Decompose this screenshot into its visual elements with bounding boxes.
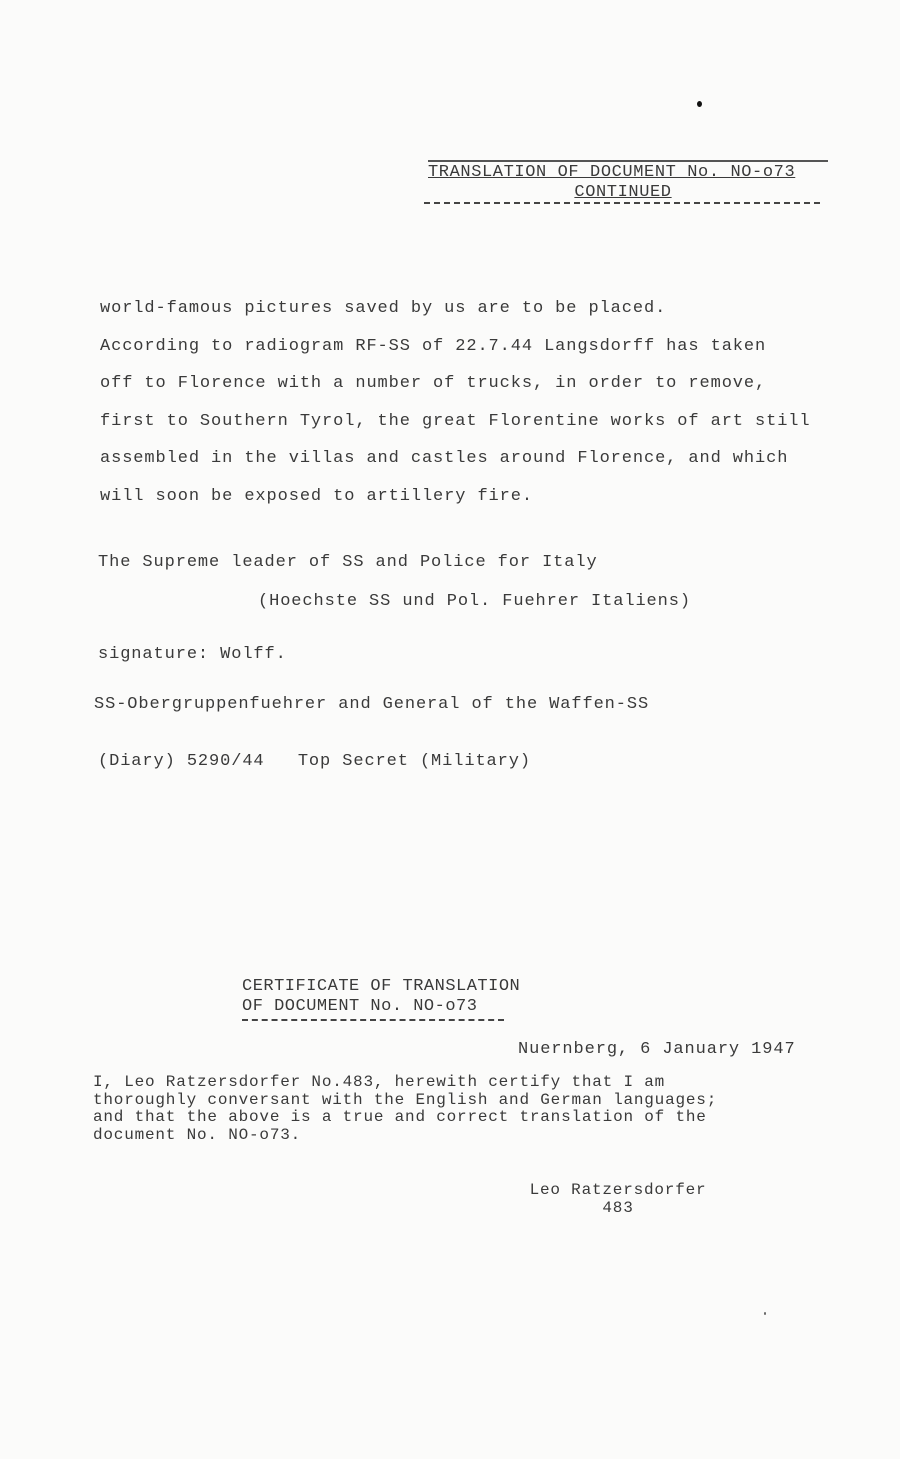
signatory-title-german: (Hoechste SS und Pol. Fuehrer Italiens)	[258, 592, 691, 611]
certificate-underline	[242, 1019, 504, 1021]
certificate-text: I, Leo Ratzersdorfer No.483, herewith ce…	[93, 1074, 793, 1144]
signatory-title: The Supreme leader of SS and Police for …	[98, 553, 598, 572]
certificate-title-line1: CERTIFICATE OF TRANSLATION	[242, 977, 520, 997]
certificate-line: I, Leo Ratzersdorfer No.483, herewith ce…	[93, 1074, 793, 1092]
certificate-title: CERTIFICATE OF TRANSLATION OF DOCUMENT N…	[242, 977, 520, 1017]
ink-speck	[697, 101, 702, 107]
ink-speck	[764, 1312, 766, 1315]
certificate-title-line2: OF DOCUMENT No. NO-o73	[242, 997, 520, 1017]
certificate-line: thoroughly conversant with the English a…	[93, 1092, 793, 1110]
header-title: TRANSLATION OF DOCUMENT No. NO-o73	[428, 160, 828, 183]
body-line: world-famous pictures saved by us are to…	[100, 298, 860, 336]
body-line: According to radiogram RF-SS of 22.7.44 …	[100, 336, 860, 374]
rank-line: SS-Obergruppenfuehrer and General of the…	[94, 695, 649, 714]
document-header: TRANSLATION OF DOCUMENT No. NO-o73 CONTI…	[428, 160, 828, 203]
header-continued: CONTINUED	[418, 183, 828, 203]
body-line: off to Florence with a number of trucks,…	[100, 373, 860, 411]
reference-line: (Diary) 5290/44 Top Secret (Military)	[98, 752, 531, 771]
place-date: Nuernberg, 6 January 1947	[518, 1040, 796, 1059]
translator-signature: Leo Ratzersdorfer 483	[518, 1181, 718, 1217]
certificate-line: and that the above is a true and correct…	[93, 1109, 793, 1127]
body-line: first to Southern Tyrol, the great Flore…	[100, 411, 860, 449]
body-line: will soon be exposed to artillery fire.	[100, 486, 860, 524]
signature-line: signature: Wolff.	[98, 645, 287, 664]
body-line: assembled in the villas and castles arou…	[100, 448, 860, 486]
header-underline	[424, 202, 820, 204]
translator-name: Leo Ratzersdorfer	[518, 1181, 718, 1199]
body-paragraph: world-famous pictures saved by us are to…	[100, 298, 860, 523]
certificate-line: document No. NO-o73.	[93, 1127, 793, 1145]
document-page: TRANSLATION OF DOCUMENT No. NO-o73 CONTI…	[0, 0, 900, 1459]
translator-number: 483	[518, 1199, 718, 1217]
